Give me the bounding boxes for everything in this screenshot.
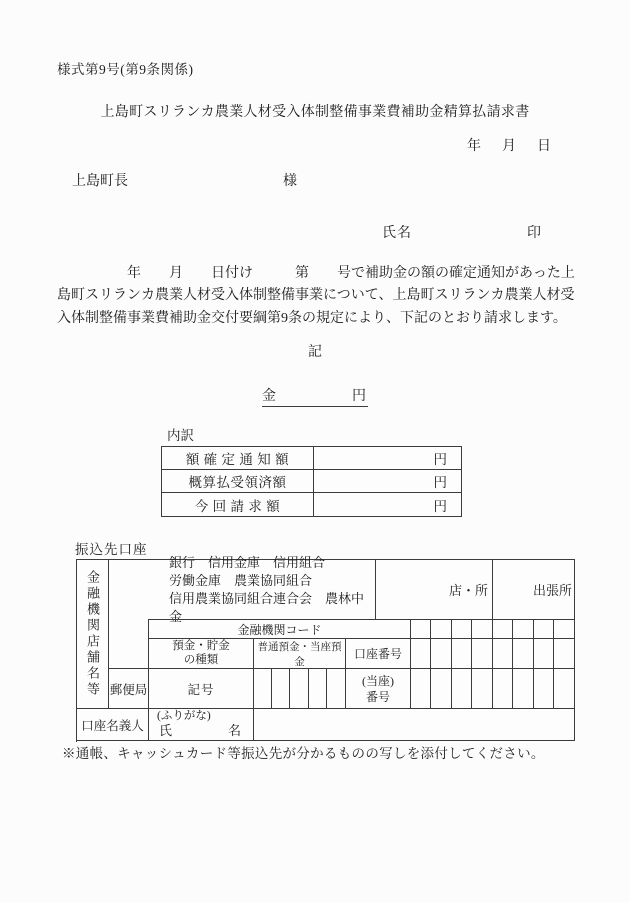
addressee-honorific: 様 [283, 170, 297, 190]
input-box [411, 669, 431, 708]
branch-office-suffix-label: 出張所 [493, 560, 575, 619]
symbol-label: 記号 [149, 669, 254, 709]
breakdown-unit: 円 [314, 470, 461, 493]
input-box [254, 669, 272, 708]
year-label: 年 [467, 135, 481, 155]
input-box [452, 639, 472, 668]
breakdown-label: 額 確 定 通 知 額 [162, 447, 314, 470]
box-group [411, 620, 492, 638]
input-box [452, 620, 472, 638]
input-box [472, 639, 492, 668]
account-number-input-boxes [493, 639, 575, 669]
breakdown-label: 概算払受領済額 [162, 470, 314, 493]
input-box [513, 669, 533, 708]
input-box [493, 639, 513, 668]
paragraph-line: 島町スリランカ農業人材受入体制整備事業について、上島町スリランカ農業人材受 [57, 285, 577, 307]
box-group [411, 639, 492, 668]
box-group [493, 639, 574, 668]
input-box [452, 669, 472, 708]
input-box [554, 639, 574, 668]
input-box [493, 620, 513, 638]
breakdown-table: 額 確 定 通 知 額 円 概算払受領済額 円 今 回 請 求 額 円 [161, 446, 462, 517]
transfer-table: 金融機関店舗名等 銀行 信用金庫 信用組合 労働金庫 農業協同組合 信用農業協同… [76, 559, 575, 742]
input-box [431, 620, 451, 638]
input-box [290, 669, 308, 708]
holder-name-field-label: (ふりがな) 氏 名 [149, 709, 254, 741]
post-office-label: 郵便局 [109, 669, 149, 709]
request-paragraph: 年 月 日付け 第 号で補助金の額の確定通知があった上 島町スリランカ農業人材受… [57, 263, 577, 330]
breakdown-unit: 円 [314, 447, 461, 470]
amount-unit: 円 [352, 385, 368, 405]
input-box [472, 620, 492, 638]
institution-types: 銀行 信用金庫 信用組合 労働金庫 農業協同組合 信用農業協同組合連合会 農林中… [109, 560, 376, 619]
record-marker: 記 [0, 341, 630, 361]
furigana-label: (ふりがな) [157, 710, 245, 723]
input-box [411, 639, 431, 668]
transfer-heading: 振込先口座 [75, 538, 148, 558]
input-box [534, 639, 554, 668]
symbol-input-boxes [254, 669, 346, 709]
institution-vertical-label: 金融機関店舗名等 [77, 560, 109, 709]
amount-line: 金 円 [262, 387, 368, 407]
input-box [534, 620, 554, 638]
footnote: ※通帳、キャッシュカード等振込先が分かるものの写しを添付してください。 [62, 742, 545, 762]
institution-type-line: 労働金庫 農業協同組合 [169, 572, 312, 590]
input-box [493, 669, 513, 708]
branch-suffix-label: 店・所 [376, 560, 493, 619]
account-number-label: 口座番号 [346, 639, 411, 669]
input-box [309, 669, 327, 708]
paragraph-line: 入体制整備事業費補助金交付要綱第9条の規定により、下記のとおり請求します。 [57, 308, 577, 330]
bank-code-label: 金融機関コード [149, 619, 411, 639]
paragraph-line: 年 月 日付け 第 号で補助金の額の確定通知があった上 [57, 263, 577, 285]
form-title: 上島町スリランカ農業人材受入体制整備事業費補助金精算払請求書 [0, 101, 630, 121]
institution-type-line: 銀行 信用金庫 信用組合 [169, 554, 325, 572]
month-label: 月 [502, 135, 516, 155]
box-group [493, 669, 574, 708]
input-box [431, 639, 451, 668]
account-holder-label: 口座名義人 [77, 709, 149, 741]
box-group [493, 620, 574, 638]
breakdown-heading: 内訳 [167, 424, 194, 444]
form-number: 様式第9号(第9条関係) [57, 58, 194, 78]
bank-code-input-boxes [493, 619, 575, 639]
input-box [472, 669, 492, 708]
input-box [513, 639, 533, 668]
box-group [254, 669, 345, 708]
breakdown-unit: 円 [314, 493, 461, 516]
form-page: { "document": { "form_number": "様式第9号(第9… [0, 0, 630, 903]
seal-label: 印 [527, 222, 541, 242]
addressee: 上島町長 [72, 170, 128, 190]
checking-number-input-boxes [493, 669, 575, 709]
input-box [272, 669, 290, 708]
date-line: 年 月 日 [467, 135, 551, 155]
amount-prefix: 金 [262, 385, 276, 405]
holder-name-empty-cell [254, 709, 575, 741]
bank-code-input-boxes [411, 619, 493, 639]
deposit-type-label: 預金・貯金 の種類 [149, 639, 254, 669]
day-label: 日 [537, 135, 551, 155]
account-number-input-boxes [411, 639, 493, 669]
input-box [554, 620, 574, 638]
input-box [554, 669, 574, 708]
breakdown-label: 今 回 請 求 額 [162, 493, 314, 516]
input-box [327, 669, 345, 708]
name-label: 氏名 [382, 222, 412, 242]
input-box [534, 669, 554, 708]
deposit-kind-label: 普通預金・当座預金 [254, 639, 346, 669]
empty-cell [109, 619, 149, 669]
checking-number-input-boxes [411, 669, 493, 709]
box-group [411, 669, 492, 708]
input-box [513, 620, 533, 638]
checking-number-label: (当座) 番号 [346, 669, 411, 709]
input-box [411, 620, 431, 638]
input-box [431, 669, 451, 708]
